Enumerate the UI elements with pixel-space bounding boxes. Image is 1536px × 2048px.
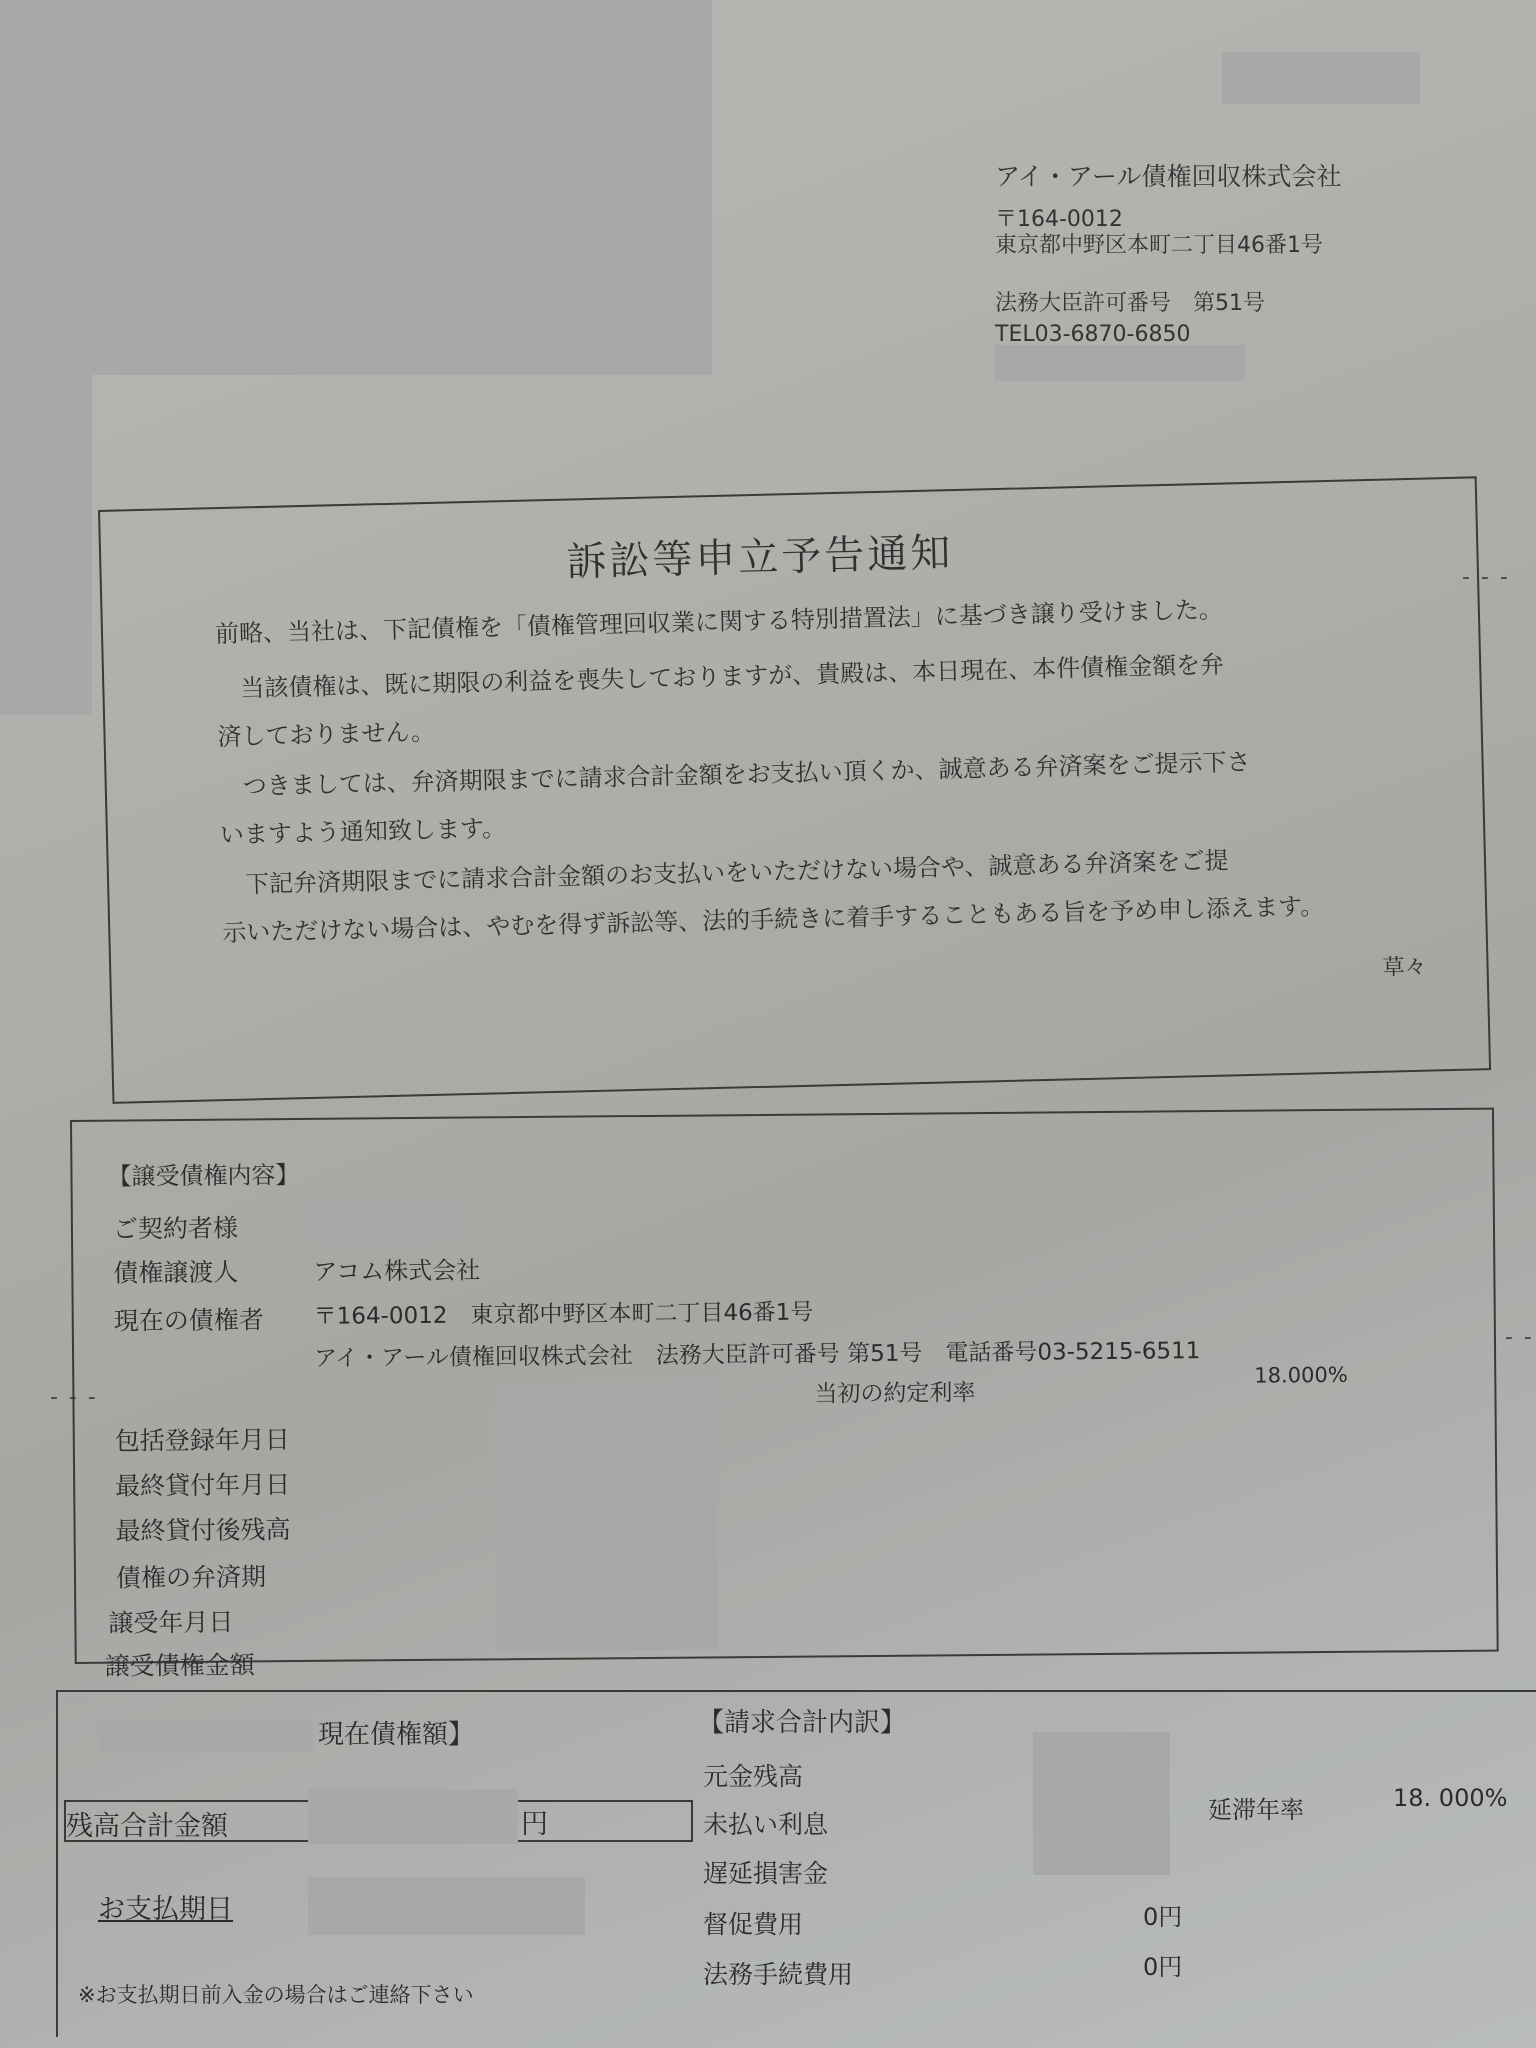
redacted-claim-values (494, 1381, 718, 1651)
breakdown-label: 元金残高 (703, 1757, 803, 1793)
notice-body-line: 前略、当社は、下記債権を「債権管理回収業に関する特別措置法」に基づき譲り受けまし… (215, 590, 1224, 650)
breakdown-label: 督促費用 (703, 1905, 803, 1941)
redacted-due-date (308, 1877, 585, 1935)
notice-title: 訴訟等申立予告通知 (566, 521, 954, 587)
transferor-value: アコム株式会社 (313, 1250, 480, 1286)
current-claim-heading-right: 現在債権額】 (318, 1714, 474, 1751)
total-amount-label: 残高合計金額 (66, 1804, 228, 1843)
redacted-total-amount (308, 1789, 518, 1844)
breakdown-value: 0円 (1143, 1947, 1182, 1982)
notice-body-line: 下記弁済期限までに請求合計金額のお支払いをいただけない場合や、誠意ある弁済案をご… (221, 840, 1229, 900)
fold-mark: - - (1505, 1325, 1534, 1350)
initial-rate-value: 18.000% (1254, 1363, 1348, 1388)
breakdown-label: 遅延損害金 (703, 1854, 828, 1890)
creditor-label: 現在の債権者 (114, 1300, 264, 1337)
late-rate-label: 延滞年率 (1208, 1790, 1304, 1825)
early-payment-note: ※お支払期日前入金の場合はご連絡下さい (78, 1979, 474, 2009)
notice-body-line: つきましては、弁済期限までに請求合計金額をお支払い頂くか、誠意ある弁済案をご提示… (218, 742, 1251, 802)
transferor-label: 債権譲渡人 (113, 1253, 238, 1290)
company-permit: 法務大臣許可番号 第51号 (995, 286, 1265, 317)
claim-row-label: 債権の弁済期 (116, 1557, 266, 1594)
claim-details-box: 【譲受債権内容】 ご契約者様 債権譲渡人 アコム株式会社 現在の債権者 〒164… (70, 1108, 1499, 1664)
document-page: アイ・アール債権回収株式会社 〒164-0012 東京都中野区本町二丁目46番1… (0, 0, 1536, 2048)
redacted-heading-date (98, 1720, 313, 1752)
redacted-area (995, 345, 1245, 381)
redacted-area (0, 0, 712, 375)
breakdown-label: 法務手続費用 (703, 1955, 853, 1991)
creditor-address: 〒164-0012 東京都中野区本町二丁目46番1号 (314, 1294, 814, 1331)
total-amount-unit: 円 (521, 1802, 548, 1841)
claim-row-label: 最終貸付後残高 (115, 1510, 290, 1548)
notice-body-line: 当該債権は、既に期限の利益を喪失しておりますが、貴殿は、本日現在、本件債権金額を… (216, 645, 1225, 705)
contractor-label: ご契約者様 (113, 1209, 238, 1246)
closing-word: 草々 (1382, 950, 1427, 982)
notice-body-line: 済しておりません。 (217, 712, 435, 752)
creditor-name: アイ・アール債権回収株式会社 法務大臣許可番号 第51号 電話番号03-5215… (314, 1332, 1201, 1373)
redacted-area (0, 375, 92, 715)
late-rate-value: 18. 000% (1393, 1784, 1507, 1812)
redacted-breakdown-values (1033, 1732, 1170, 1875)
breakdown-heading: 【請求合計内訳】 (698, 1702, 906, 1739)
current-claim-box: 【 現在債権額】 残高合計金額 円 お支払期日 ※お支払期日前入金の場合はご連絡… (56, 1690, 1536, 2037)
notice-box: 訴訟等申立予告通知 前略、当社は、下記債権を「債権管理回収業に関する特別措置法」… (98, 476, 1491, 1104)
claim-row-label: 包括登録年月日 (115, 1420, 290, 1458)
company-address: 東京都中野区本町二丁目46番1号 (995, 228, 1323, 259)
breakdown-value: 0円 (1143, 1897, 1182, 1932)
redacted-contractor-name (308, 1199, 455, 1244)
claim-row-label: 譲受債権金額 (105, 1645, 255, 1682)
company-tel: TEL03-6870-6850 (995, 322, 1190, 347)
initial-rate-label: 当初の約定利率 (814, 1374, 975, 1408)
due-date-label: お支払期日 (98, 1887, 233, 1926)
notice-body-line: いますよう通知致します。 (219, 808, 506, 850)
company-name: アイ・アール債権回収株式会社 (995, 157, 1342, 193)
claim-details-heading: 【譲受債権内容】 (107, 1155, 299, 1192)
breakdown-label: 未払い利息 (703, 1805, 828, 1841)
claim-row-label: 譲受年月日 (108, 1603, 233, 1640)
claim-row-label: 最終貸付年月日 (115, 1465, 290, 1503)
redacted-area (1222, 52, 1420, 104)
